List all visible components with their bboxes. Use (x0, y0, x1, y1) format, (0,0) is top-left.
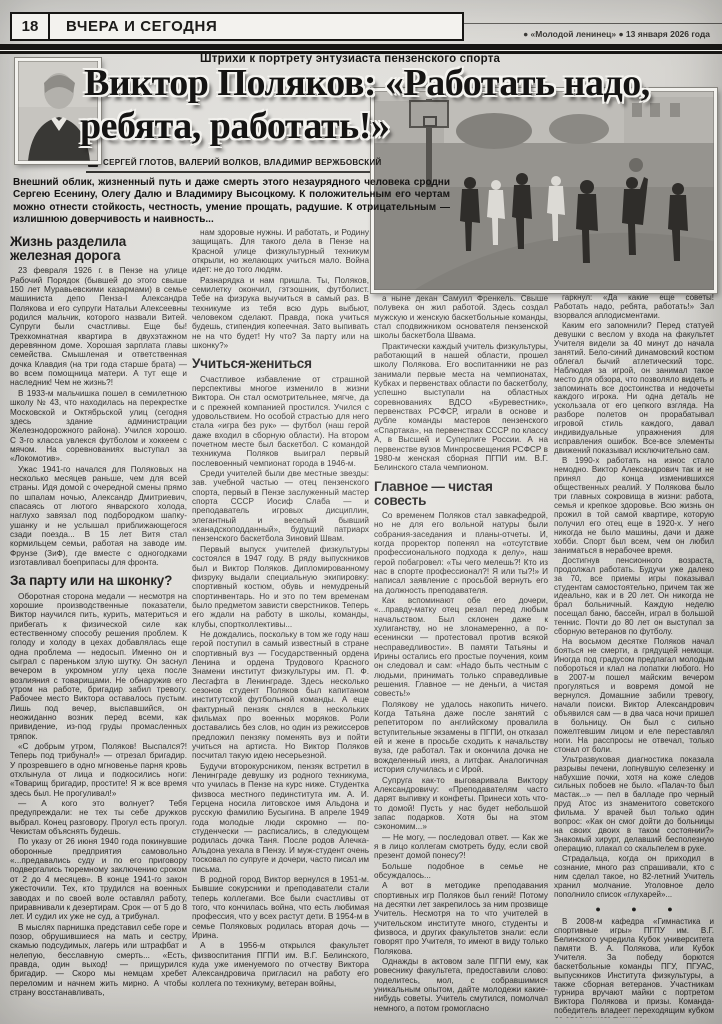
article-paragraph: Как вспоминают обе его дочери, «...правд… (374, 596, 548, 699)
article-paragraph: Ультразвуковая диагностика показала разр… (554, 756, 714, 854)
article-paragraph: В мыслях парнишка представил себе горе и… (10, 923, 187, 998)
article-paragraph: — А кого это волнует? Тебя предупреждали… (10, 799, 187, 836)
article-paragraph: В 2008-м кафедра «Гимнастика и спортивны… (554, 918, 714, 1018)
article-paragraph: А в 1956-м открылся факультет физвоспита… (192, 941, 369, 988)
article-paragraph: Со временем Поляков стал завкафедрой, но… (374, 511, 548, 595)
article-paragraph: Не дождались, поскольку в том же году на… (192, 630, 369, 761)
headline: Виктор Поляков: «Работать надо, ребята, … (84, 62, 720, 148)
section-separator: ● ● ● (568, 904, 714, 914)
article-paragraph: А вот в методике преподавания спортивных… (374, 881, 548, 956)
article-paragraph: Полякову не удалось накопить ничего. Ког… (374, 700, 548, 775)
newspaper-page: 18 ВЧЕРА И СЕГОДНЯ ● «Молодой ленинец» ●… (0, 0, 722, 1024)
article-paragraph: Супруга как-то выговаривала Виктору Алек… (374, 776, 548, 832)
article-paragraph: На восьмом десятке Поляков начал бояться… (554, 638, 714, 754)
article-column-2: нам здоровые нужны. И работать, и Родину… (192, 228, 369, 1018)
article-paragraph: «С добрым утром, Поляков! Выспался?! Теп… (10, 742, 187, 798)
section-title: ВЧЕРА И СЕГОДНЯ (50, 14, 217, 39)
article-paragraph: В 1990-х работать на износ стало немодно… (554, 457, 714, 555)
lead-paragraph: Внешний облик, жизненный путь и даже сме… (13, 177, 450, 227)
article-paragraph: Практически каждый учитель физкультуры, … (374, 342, 548, 473)
article-paragraph: Однажды в актовом зале ПГПИ ему, как ров… (374, 957, 548, 1013)
article-paragraph: В родной город Виктор вернулся в 1951-м.… (192, 875, 369, 940)
article-paragraph: Счастливое избавление от страшной перспе… (192, 375, 369, 468)
section-heading: Жизнь разделила железная дорога (10, 235, 187, 263)
masthead-box: 18 ВЧЕРА И СЕГОДНЯ (10, 12, 464, 41)
issue-line: ● «Молодой ленинец» ● 13 января 2026 год… (523, 29, 710, 39)
issue-rule (458, 23, 722, 24)
section-heading: За парту или на шконку? (10, 574, 187, 588)
page-number: 18 (12, 14, 50, 39)
byline-text: СЕРГЕЙ ГЛОТОВ, ВАЛЕРИЙ ВОЛКОВ, ВЛАДИМИР … (103, 158, 382, 167)
article-paragraph: Каким его запомнили? Перед статуей девуш… (554, 322, 714, 456)
section-heading: Учиться-жениться (192, 357, 369, 371)
article-column-1: Жизнь разделила железная дорога23 феврал… (10, 228, 187, 1018)
headline-line-1: Виктор Поляков: «Работать надо, (84, 62, 720, 105)
article-paragraph: Оборотная сторона медали — несмотря на х… (10, 592, 187, 742)
article-paragraph: Ужас 1941-го начался для Поляковых на не… (10, 465, 187, 568)
headline-line-2: ребята, работать!» (80, 105, 720, 148)
article-paragraph: В 1933-м мальчишка пошел в семилетнюю шк… (10, 389, 187, 464)
article-paragraph: Будучи второкурсником, пензяк встретил в… (192, 762, 369, 874)
article-paragraph: Среди учителей были две местные звезды: … (192, 469, 369, 544)
article-paragraph: 23 февраля 1926 г. в Пензе на улице Рабо… (10, 266, 187, 387)
article-column-3: а ныне декан Самуил Френкель. Свыше полу… (374, 294, 548, 1018)
masthead-rule (0, 44, 722, 51)
article-paragraph: гаркнул: «Да какие еще советы! Работать … (554, 294, 714, 321)
article-paragraph: Разнарядка и нам пришла. Ты, Поляков, се… (192, 276, 369, 351)
article-paragraph: а ныне декан Самуил Френкель. Свыше полу… (374, 294, 548, 341)
article-column-4: гаркнул: «Да какие еще советы! Работать … (554, 294, 714, 1018)
article-paragraph: По указу от 26 июня 1940 года покинувшие… (10, 837, 187, 921)
article-paragraph: Больше подобное в семье не обсуждалось..… (374, 862, 548, 881)
byline: ✎ СЕРГЕЙ ГЛОТОВ, ВАЛЕРИЙ ВОЛКОВ, ВЛАДИМИ… (88, 157, 382, 167)
article-paragraph: Первый выпуск учителей физкультуры состо… (192, 545, 369, 629)
article-paragraph: нам здоровые нужны. И работать, и Родину… (192, 228, 369, 275)
article-paragraph: Достигнув пенсионного возраста, продолжа… (554, 557, 714, 638)
section-heading: Главное — чистая совесть (374, 480, 548, 508)
article-paragraph: Страдальца, когда он приходил в сознание… (554, 855, 714, 900)
article-paragraph: — Не могу, — последовал ответ. — Как же … (374, 833, 548, 861)
